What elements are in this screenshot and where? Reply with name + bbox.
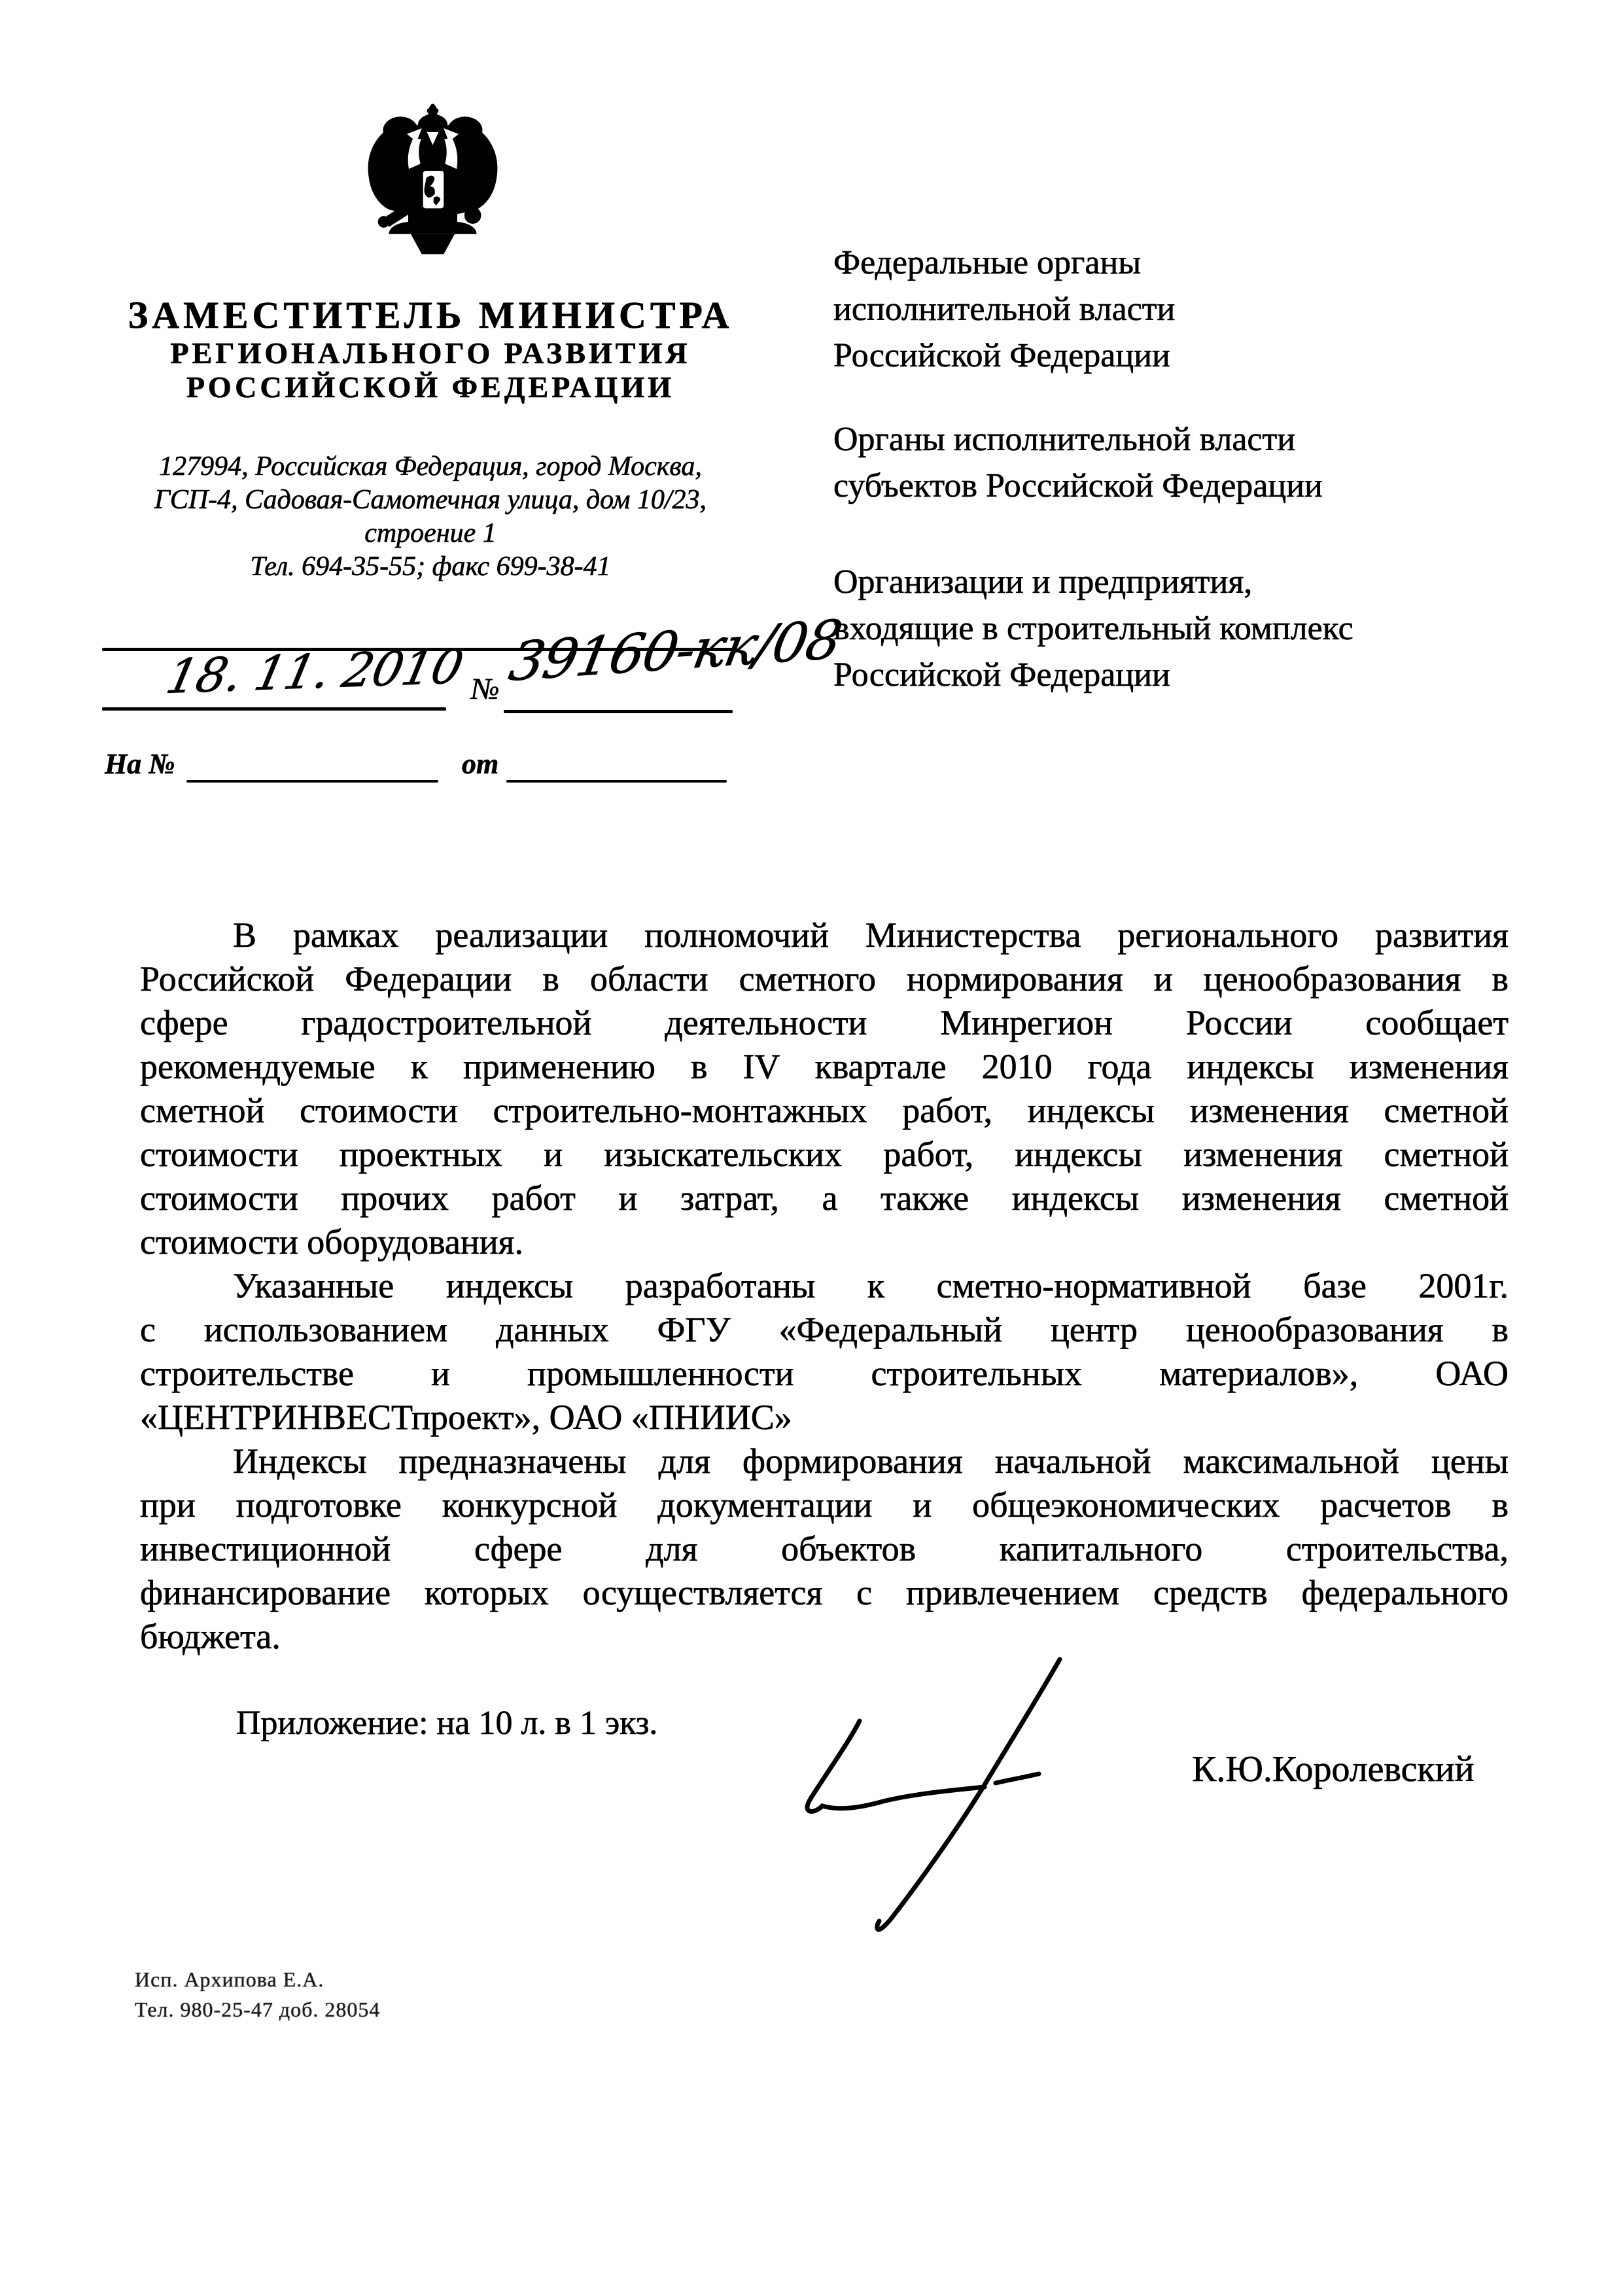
signer-name: К.Ю.Королевский <box>1192 1748 1475 1790</box>
body-line: при подготовке конкурсной документации и… <box>140 1483 1509 1527</box>
executor-name: Исп. Архипова Е.А. <box>135 1964 380 1994</box>
addressee-block-regional: Органы исполнительной власти субъектов Р… <box>833 416 1533 509</box>
addressee-line: Федеральные органы <box>833 239 1533 286</box>
ministry-title-line: ЗАМЕСТИТЕЛЬ МИНИСТРА <box>98 294 763 336</box>
letterhead: ЗАМЕСТИТЕЛЬ МИНИСТРА РЕГИОНАЛЬНОГО РАЗВИ… <box>98 294 763 584</box>
body-line: строительстве и промышленности строитель… <box>140 1352 1509 1396</box>
letter-page: ЗАМЕСТИТЕЛЬ МИНИСТРА РЕГИОНАЛЬНОГО РАЗВИ… <box>0 0 1623 2296</box>
ministry-address: 127994, Российская Федерация, город Моск… <box>98 450 763 584</box>
date-underline <box>102 707 446 711</box>
executor-info: Исп. Архипова Е.А. Тел. 980-25-47 доб. 2… <box>135 1964 380 2024</box>
addressee-line: Органы исполнительной власти <box>833 416 1533 463</box>
body-line: Российской Федерации в области сметного … <box>140 957 1509 1001</box>
body-line: стоимости оборудования. <box>140 1220 1509 1264</box>
attachment-note: Приложение: на 10 л. в 1 экз. <box>236 1704 657 1742</box>
ministry-title-line: РОССИЙСКОЙ ФЕДЕРАЦИИ <box>98 370 763 404</box>
body-line: рекомендуемые к применению в IV квартале… <box>140 1045 1509 1089</box>
body-line: финансирование которых осуществляется с … <box>140 1571 1509 1615</box>
address-line: строение 1 <box>98 517 763 550</box>
ministry-title-line: РЕГИОНАЛЬНОГО РАЗВИТИЯ <box>98 336 763 370</box>
addressee-line: Организации и предприятия, <box>833 559 1533 605</box>
reply-number-blank-line <box>186 780 438 783</box>
body-line: стоимости проектных и изыскательских раб… <box>140 1133 1509 1176</box>
addressee-line: Российской Федерации <box>833 332 1533 379</box>
body-line: Индексы предназначены для формирования н… <box>140 1439 1509 1483</box>
handwritten-date: 18. 11. 2010 <box>162 641 467 701</box>
addressee-line: входящие в строительный комплекс <box>833 605 1533 652</box>
addressee-line: Российской Федерации <box>833 652 1533 698</box>
body-line: «ЦЕНТРИНВЕСТпроект», ОАО «ПНИИС» <box>140 1396 1509 1439</box>
body-line: В рамках реализации полномочий Министерс… <box>140 913 1509 957</box>
body-line: инвестиционной сфере для объектов капита… <box>140 1527 1509 1571</box>
body-line: с использованием данных ФГУ «Федеральный… <box>140 1308 1509 1352</box>
address-line: ГСП-4, Садовая-Самотечная улица, дом 10/… <box>98 484 763 517</box>
body-line: стоимости прочих работ и затрат, а также… <box>140 1176 1509 1220</box>
addressee-line: субъектов Российской Федерации <box>833 463 1533 509</box>
reply-to-number-label: На № <box>105 747 175 781</box>
number-underline <box>504 710 733 713</box>
number-sign-label: № <box>471 671 499 706</box>
address-line: 127994, Российская Федерация, город Моск… <box>98 450 763 484</box>
handwritten-outgoing-number: 39160-кк/08 <box>505 612 845 691</box>
executor-phone: Тел. 980-25-47 доб. 28054 <box>135 1994 380 2024</box>
reply-date-blank-line <box>506 780 727 783</box>
body-line: сметной стоимости строительно-монтажных … <box>140 1089 1509 1133</box>
address-line: Тел. 694-35-55; факс 699-38-41 <box>98 550 763 584</box>
addressee-block-organizations: Организации и предприятия, входящие в ст… <box>833 559 1533 698</box>
letter-body: В рамках реализации полномочий Министерс… <box>140 913 1509 1659</box>
addressee-block-federal: Федеральные органы исполнительной власти… <box>833 239 1533 379</box>
reply-from-label: от <box>462 747 498 781</box>
body-line: Указанные индексы разработаны к сметно-н… <box>140 1264 1509 1308</box>
russia-coat-of-arms-icon <box>362 94 504 258</box>
signature <box>752 1636 1112 1950</box>
addressee-line: исполнительной власти <box>833 286 1533 332</box>
body-line: сфере градостроительной деятельности Мин… <box>140 1001 1509 1045</box>
